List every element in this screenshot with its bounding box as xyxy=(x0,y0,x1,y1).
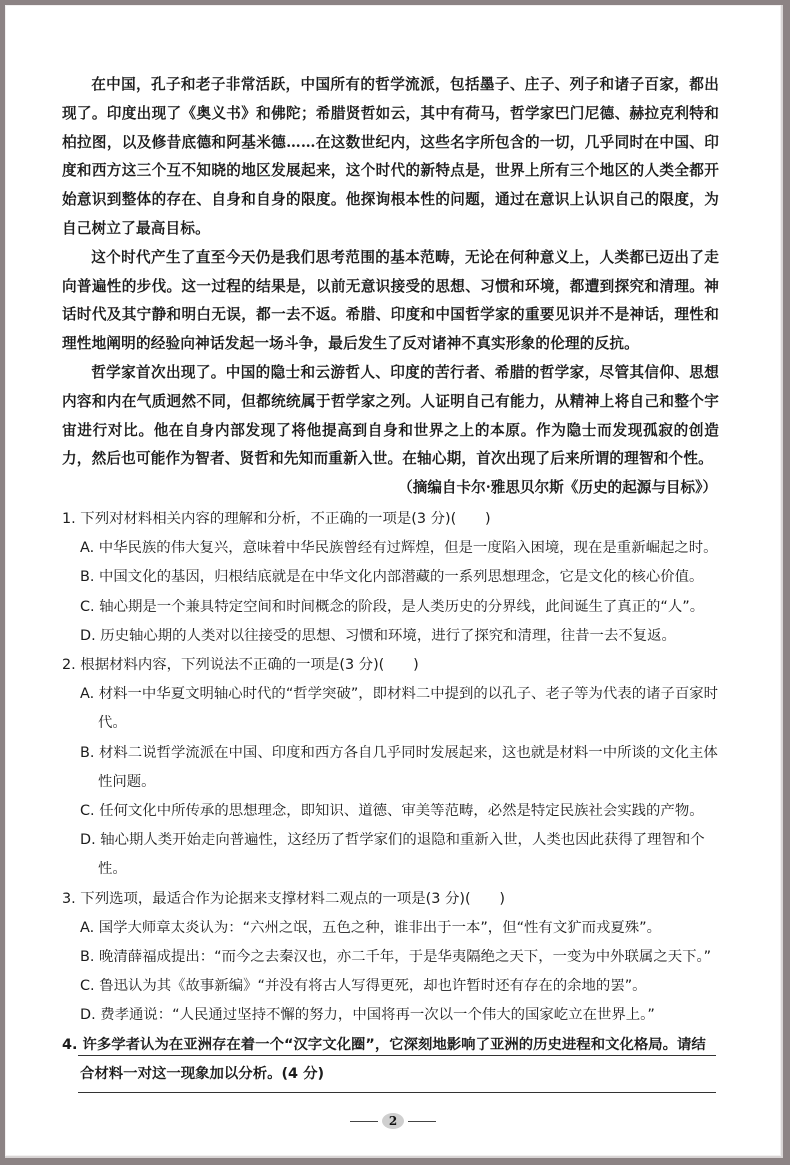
question-list: 1. 下列对材料相关内容的理解和分析，不正确的一项是(3 分)( ) A. 中华… xyxy=(62,505,719,1089)
option-c: C. 轴心期是一个兼具特定空间和时间概念的阶段，是人类历史的分界线，此间诞生了真… xyxy=(62,593,719,622)
option-a: A. 材料一中华夏文明轴心时代的“哲学突破”，即材料二中提到的以孔子、老子等为代… xyxy=(62,680,719,738)
reading-passage: 在中国，孔子和老子非常活跃，中国所有的哲学流派，包括墨子、庄子、列子和诸子百家，… xyxy=(62,71,719,503)
option-c: C. 鲁迅认为其《故事新编》“并没有将古人写得更死，却也许暂时还有存在的余地的罢… xyxy=(62,972,719,1001)
option-b: B. 晚清薛福成提出：“而今之去秦汉也，亦二千年，于是华夷隔绝之天下，一变为中外… xyxy=(62,943,719,972)
footer-dash xyxy=(408,1121,436,1122)
option-b: B. 材料二说哲学流派在中国、印度和西方各自几乎同时发展起来，这也就是材料一中所… xyxy=(62,739,719,797)
answer-line[interactable] xyxy=(78,1055,716,1056)
exam-page: 在中国，孔子和老子非常活跃，中国所有的哲学流派，包括墨子、庄子、列子和诸子百家，… xyxy=(5,5,783,1158)
page-number-badge: 2 xyxy=(382,1113,404,1129)
option-c: C. 任何文化中所传承的思想理念，即知识、道德、审美等范畴，必然是特定民族社会实… xyxy=(62,797,719,826)
option-d: D. 费孝通说：“人民通过坚持不懈的努力，中国将再一次以一个伟大的国家屹立在世界… xyxy=(62,1001,719,1030)
passage-paragraph: 在中国，孔子和老子非常活跃，中国所有的哲学流派，包括墨子、庄子、列子和诸子百家，… xyxy=(62,71,719,244)
question-3: 3. 下列选项，最适合作为论据来支撑材料二观点的一项是(3 分)( ) A. 国… xyxy=(62,885,719,1031)
page-footer: 2 xyxy=(5,1113,781,1129)
question-1: 1. 下列对材料相关内容的理解和分析，不正确的一项是(3 分)( ) A. 中华… xyxy=(62,505,719,651)
page-content: 在中国，孔子和老子非常活跃，中国所有的哲学流派，包括墨子、庄子、列子和诸子百家，… xyxy=(62,71,719,1089)
question-stem: 3. 下列选项，最适合作为论据来支撑材料二观点的一项是(3 分)( ) xyxy=(62,885,719,914)
question-stem: 2. 根据材料内容，下列说法不正确的一项是(3 分)( ) xyxy=(62,651,719,680)
passage-source: （摘编自卡尔·雅思贝尔斯《历史的起源与目标》） xyxy=(62,474,717,503)
option-d: D. 历史轴心期的人类对以往接受的思想、习惯和环境，进行了探究和清理，往昔一去不… xyxy=(62,622,719,651)
question-2: 2. 根据材料内容，下列说法不正确的一项是(3 分)( ) A. 材料一中华夏文… xyxy=(62,651,719,885)
footer-dash xyxy=(350,1121,378,1122)
answer-line[interactable] xyxy=(78,1092,716,1093)
passage-paragraph: 哲学家首次出现了。中国的隐士和云游哲人、印度的苦行者、希腊的哲学家，尽管其信仰、… xyxy=(62,359,719,474)
question-stem-continued: 合材料一对这一现象加以分析。(4 分) xyxy=(62,1060,719,1089)
option-a: A. 国学大师章太炎认为：“六州之氓，五色之种，谁非出于一本”，但“性有文犷而戎… xyxy=(62,914,719,943)
option-a: A. 中华民族的伟大复兴，意味着中华民族曾经有过辉煌，但是一度陷入困境，现在是重… xyxy=(62,534,719,563)
question-4: 4. 许多学者认为在亚洲存在着一个“汉字文化圈”，它深刻地影响了亚洲的历史进程和… xyxy=(62,1031,719,1089)
passage-paragraph: 这个时代产生了直至今天仍是我们思考范围的基本范畴，无论在何种意义上，人类都已迈出… xyxy=(62,244,719,359)
option-d: D. 轴心期人类开始走向普遍性，这经历了哲学家们的退隐和重新入世，人类也因此获得… xyxy=(62,826,719,884)
question-stem: 1. 下列对材料相关内容的理解和分析，不正确的一项是(3 分)( ) xyxy=(62,505,719,534)
option-b: B. 中国文化的基因，归根结底就是在中华文化内部潜藏的一系列思想理念，它是文化的… xyxy=(62,563,719,592)
